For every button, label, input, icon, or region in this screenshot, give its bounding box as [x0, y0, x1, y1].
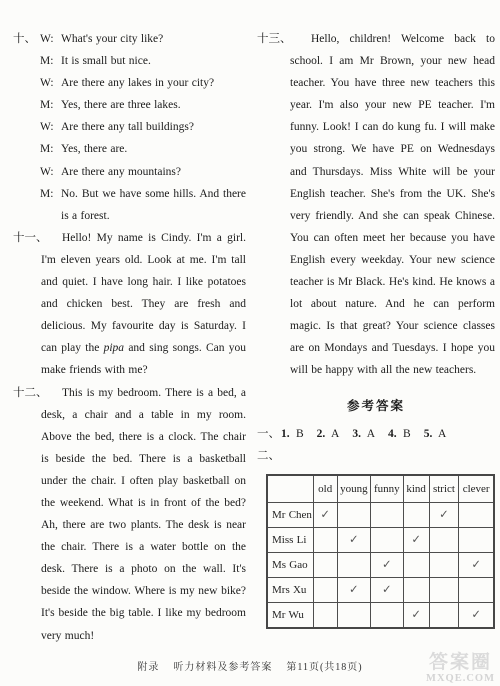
- check-mark: ✓: [429, 502, 459, 527]
- dialog-ten: W:What's your city like?M:It is small bu…: [40, 28, 246, 227]
- dialog-line: W:Are there any tall buildings?: [40, 116, 246, 138]
- section-twelve-label: 十二、: [13, 382, 48, 404]
- dialog-text: Yes, there are three lakes.: [61, 99, 181, 111]
- page: 十、 W:What's your city like?M:It is small…: [0, 0, 500, 686]
- answer-item: 5. A: [424, 428, 447, 440]
- table-cell-empty: [313, 552, 337, 577]
- check-mark: ✓: [337, 577, 370, 602]
- table-corner-cell: [267, 475, 313, 503]
- check-mark: ✓: [370, 577, 403, 602]
- table-header-row: oldyoungfunnykindstrictclever: [267, 475, 494, 503]
- watermark: 答案圈 MXQE.COM: [426, 652, 495, 684]
- table-cell-empty: [429, 602, 459, 628]
- table-cell-empty: [313, 577, 337, 602]
- footer-appendix-label: 附录: [137, 662, 159, 673]
- speaker-label: M:: [40, 183, 61, 205]
- dialog-line: M:It is small but nice.: [40, 50, 246, 72]
- answer-item: 4. B: [388, 428, 411, 440]
- speaker-label: W:: [40, 161, 61, 183]
- section-eleven: 十一、 Hello! My name is Cindy. I'm a girl.…: [13, 227, 246, 382]
- table-row: Mrs Xu✓✓: [267, 577, 494, 602]
- dialog-line: M:Yes, there are.: [40, 138, 246, 160]
- table-cell-empty: [403, 577, 429, 602]
- italic-pipa: pipa: [104, 342, 124, 354]
- dialog-text: It is small but nice.: [61, 55, 151, 67]
- speaker-label: W:: [40, 72, 61, 94]
- answers-line-one: 一、1. B2. A3. A4. B5. A: [257, 423, 495, 445]
- check-mark: ✓: [459, 552, 494, 577]
- watermark-site-url: MXQE.COM: [426, 673, 495, 684]
- check-mark: ✓: [403, 527, 429, 552]
- watermark-logo: 答案圈: [426, 652, 495, 673]
- speaker-label: M:: [40, 50, 61, 72]
- table-cell-empty: [313, 527, 337, 552]
- dialog-line: W:What's your city like?: [40, 28, 246, 50]
- table-row: Miss Li✓✓: [267, 527, 494, 552]
- table-cell-empty: [429, 527, 459, 552]
- dialog-line: M:No. But we have some hills. And there …: [40, 183, 246, 227]
- section-thirteen-label: 十三、: [257, 28, 292, 50]
- table-header-old: old: [313, 475, 337, 503]
- dialog-text: Are there any tall buildings?: [61, 121, 194, 133]
- speaker-label: M:: [40, 94, 61, 116]
- table-row: Mr Chen✓✓: [267, 502, 494, 527]
- table-row: Mr Wu✓✓: [267, 602, 494, 628]
- row-label: Mrs Xu: [267, 577, 313, 602]
- table-header-clever: clever: [459, 475, 494, 503]
- table-cell-empty: [459, 502, 494, 527]
- table-header-funny: funny: [370, 475, 403, 503]
- dialog-text: No. But we have some hills. And there is…: [61, 188, 246, 222]
- speaker-label: M:: [40, 138, 61, 160]
- row-label: Mr Wu: [267, 602, 313, 628]
- answer-table: oldyoungfunnykindstrictcleverMr Chen✓✓Mi…: [266, 474, 495, 629]
- section-ten: 十、 W:What's your city like?M:It is small…: [13, 28, 246, 227]
- row-label: Miss Li: [267, 527, 313, 552]
- table-cell-empty: [370, 527, 403, 552]
- table-cell-empty: [429, 552, 459, 577]
- dialog-text: Yes, there are.: [61, 143, 127, 155]
- check-mark: ✓: [459, 602, 494, 628]
- table-cell-empty: [459, 527, 494, 552]
- answer-item: 3. A: [352, 428, 375, 440]
- row-label: Ms Gao: [267, 552, 313, 577]
- check-mark: ✓: [403, 602, 429, 628]
- section-twelve-text: This is my bedroom. There is a bed, a de…: [41, 382, 246, 647]
- section-thirteen-text: Hello, children! Welcome back to school.…: [290, 28, 495, 382]
- table-cell-empty: [370, 502, 403, 527]
- answer-item: 1. B: [281, 428, 304, 440]
- answer-items: 1. B2. A3. A4. B5. A: [281, 428, 459, 440]
- table-header-kind: kind: [403, 475, 429, 503]
- page-footer: 附录听力材料及参考答案第11页(共18页): [0, 658, 500, 673]
- table-cell-empty: [337, 552, 370, 577]
- table-cell-empty: [313, 602, 337, 628]
- check-mark: ✓: [370, 552, 403, 577]
- table-cell-empty: [403, 552, 429, 577]
- footer-document-title: 听力材料及参考答案: [173, 662, 272, 673]
- dialog-line: W:Are there any mountains?: [40, 161, 246, 183]
- speaker-label: W:: [40, 28, 61, 50]
- table-cell-empty: [337, 502, 370, 527]
- speaker-label: W:: [40, 116, 61, 138]
- paragraph-text: Hello! My name is Cindy. I'm a girl. I'm…: [41, 232, 246, 354]
- footer-page-number: 第11页(共18页): [286, 662, 362, 673]
- answers-two-label: 二、: [257, 445, 495, 467]
- section-twelve: 十二、 This is my bedroom. There is a bed, …: [13, 382, 246, 647]
- table-row: Ms Gao✓✓: [267, 552, 494, 577]
- section-ten-label: 十、: [13, 28, 36, 50]
- right-column: 十三、 Hello, children! Welcome back to sch…: [257, 28, 495, 629]
- check-mark: ✓: [313, 502, 337, 527]
- section-thirteen: 十三、 Hello, children! Welcome back to sch…: [257, 28, 495, 382]
- answers-one-label: 一、: [257, 428, 280, 440]
- table-cell-empty: [403, 502, 429, 527]
- dialog-line: W:Are there any lakes in your city?: [40, 72, 246, 94]
- table-cell-empty: [337, 602, 370, 628]
- table-cell-empty: [459, 577, 494, 602]
- check-mark: ✓: [337, 527, 370, 552]
- section-eleven-label: 十一、: [13, 227, 48, 249]
- answer-item: 2. A: [317, 428, 340, 440]
- dialog-line: M:Yes, there are three lakes.: [40, 94, 246, 116]
- table-header-strict: strict: [429, 475, 459, 503]
- dialog-text: Are there any lakes in your city?: [61, 77, 214, 89]
- left-column: 十、 W:What's your city like?M:It is small…: [13, 28, 246, 647]
- answers-heading: 参考答案: [257, 395, 495, 417]
- row-label: Mr Chen: [267, 502, 313, 527]
- dialog-text: Are there any mountains?: [61, 166, 181, 178]
- dialog-text: What's your city like?: [61, 33, 163, 45]
- table-cell-empty: [370, 602, 403, 628]
- section-eleven-text: Hello! My name is Cindy. I'm a girl. I'm…: [41, 227, 246, 382]
- table-cell-empty: [429, 577, 459, 602]
- table-header-young: young: [337, 475, 370, 503]
